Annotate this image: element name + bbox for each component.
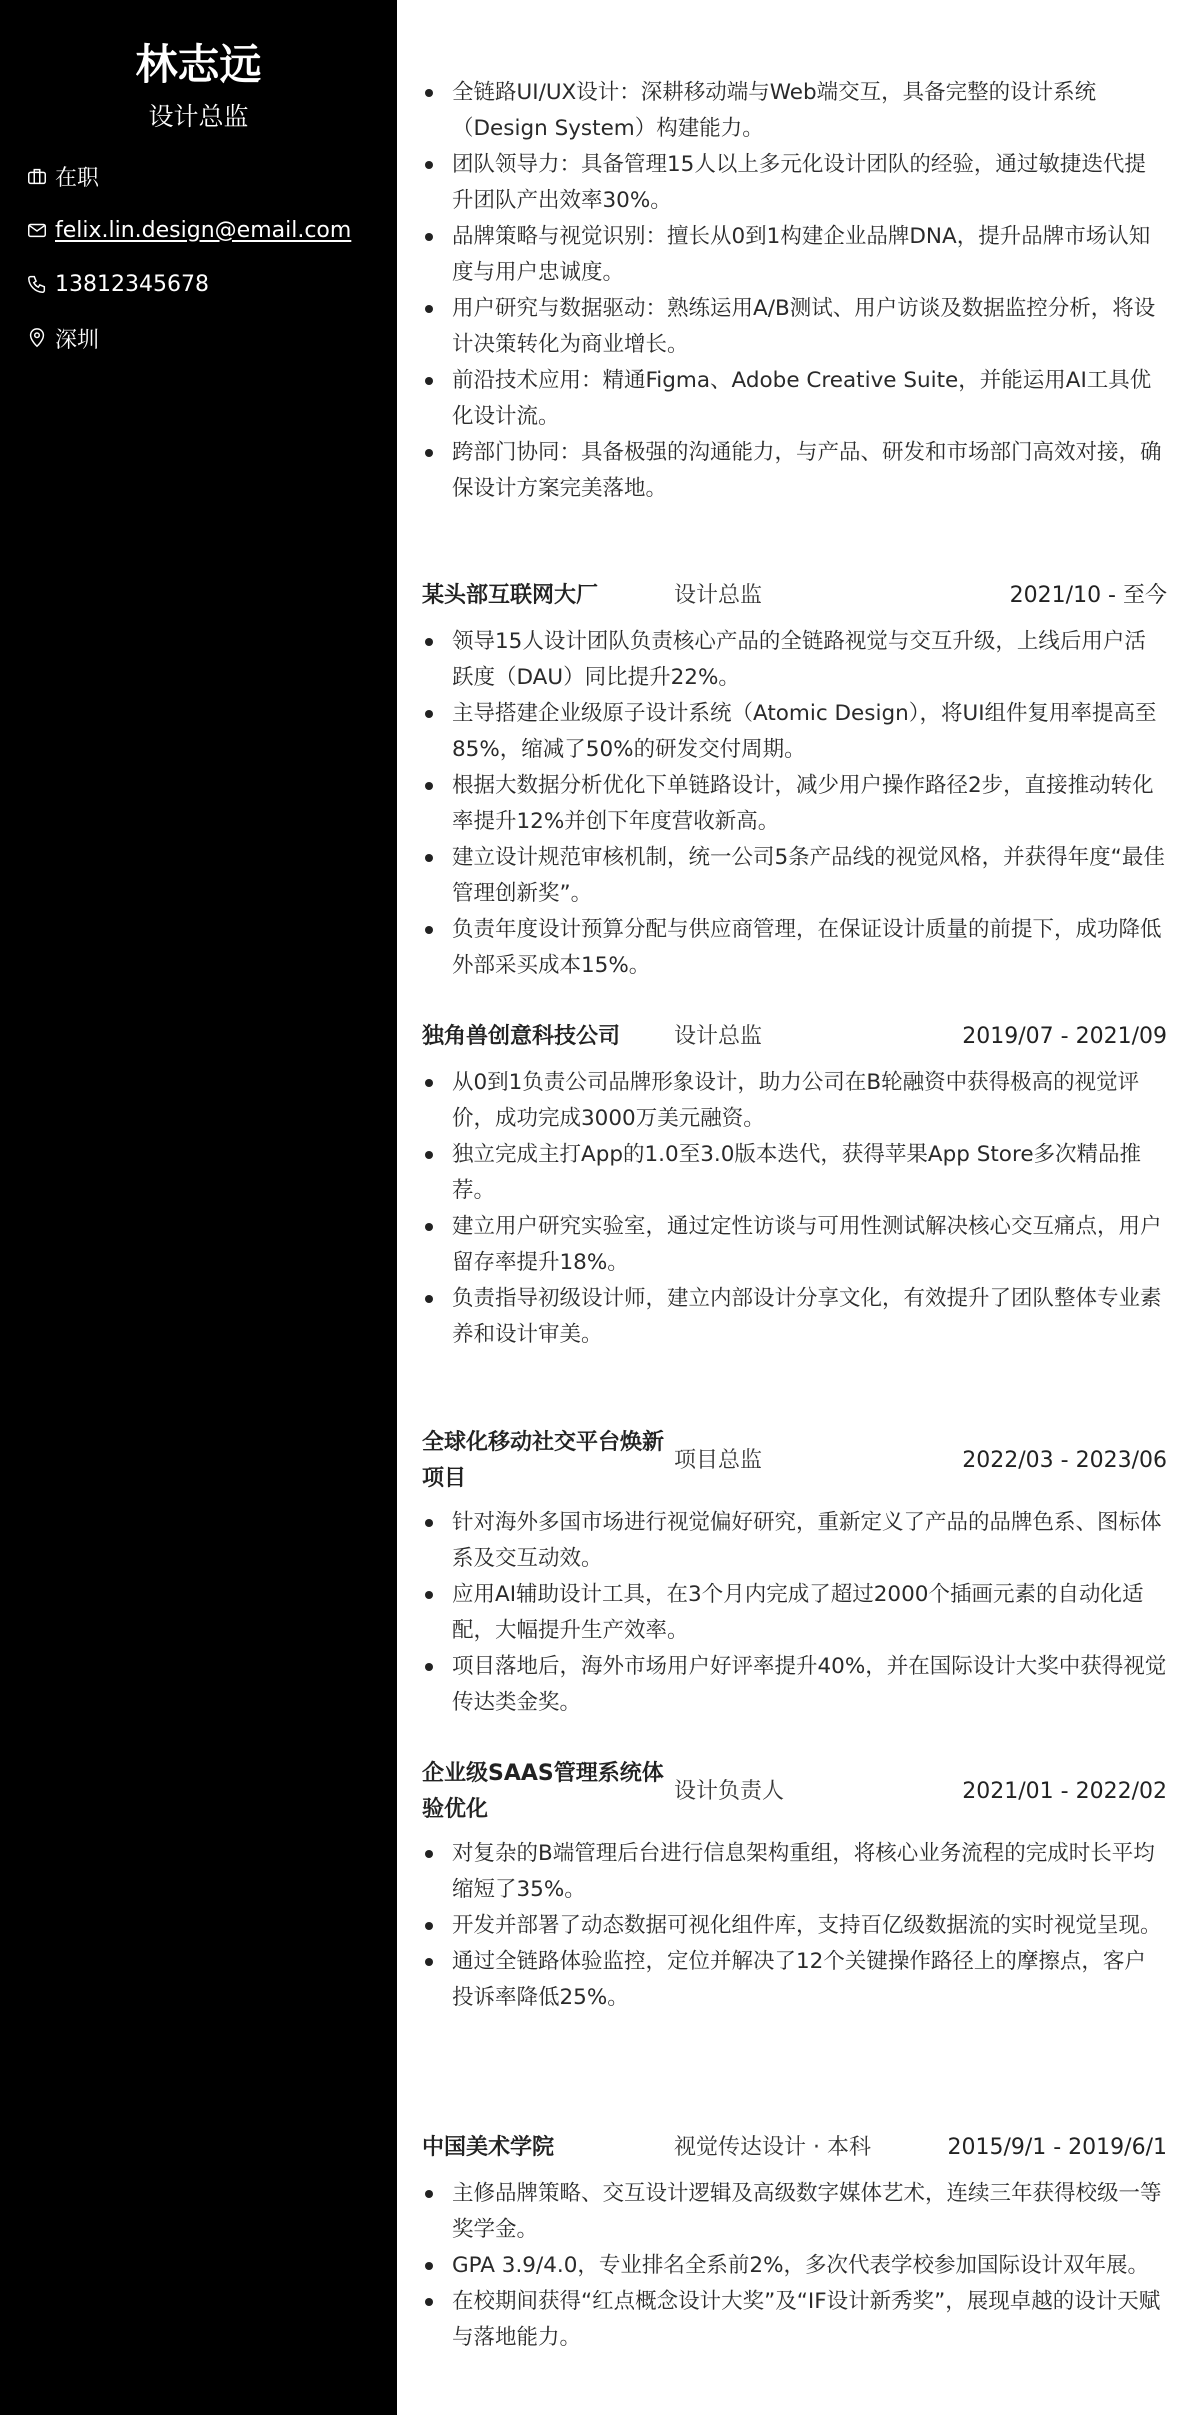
education-entry-header: 中国美术学院 视觉传达设计 · 本科 2015/9/1 - 2019/6/1 — [422, 2130, 1167, 2166]
project-entry-header: 全球化移动社交平台焕新项目 项目总监 2022/03 - 2023/06 — [422, 1425, 1167, 1497]
profile-sidebar: 林志远 设计总监 在职 felix.lin.design@email.com 1… — [0, 0, 397, 2415]
project-role: 设计负责人 — [674, 1774, 784, 1810]
job-date-range: 2019/07 - 2021/09 — [962, 1019, 1167, 1055]
contact-phone: 13812345678 — [26, 266, 351, 302]
work-entry: 某头部互联网大厂 设计总监 2021/10 - 至今 领导15人设计团队负责核心… — [422, 578, 1167, 984]
phone-icon — [26, 273, 48, 295]
project-role: 项目总监 — [674, 1443, 762, 1479]
education-major: 视觉传达设计 · 本科 — [674, 2130, 871, 2166]
project-bullet: 通过全链路体验监控，定位并解决了12个关键操作路径上的摩擦点，客户投诉率降低25… — [422, 1944, 1167, 2016]
project-entry: 全球化移动社交平台焕新项目 项目总监 2022/03 - 2023/06 针对海… — [422, 1425, 1167, 1721]
candidate-name: 林志远 — [0, 40, 397, 90]
skill-item: 团队领导力：具备管理15人以上多元化设计团队的经验，通过敏捷迭代提升团队产出效率… — [422, 147, 1167, 219]
project-date-range: 2021/01 - 2022/02 — [962, 1774, 1167, 1810]
work-bullets: 从0到1负责公司品牌形象设计，助力公司在B轮融资中获得极高的视觉评价，成功完成3… — [422, 1065, 1167, 1353]
project-bullet: 对复杂的B端管理后台进行信息架构重组，将核心业务流程的完成时长平均缩短了35%。 — [422, 1836, 1167, 1908]
work-bullet: 独立完成主打App的1.0至3.0版本迭代，获得苹果App Store多次精品推… — [422, 1137, 1167, 1209]
project-bullet: 开发并部署了动态数据可视化组件库，支持百亿级数据流的实时视觉呈现。 — [422, 1908, 1167, 1944]
project-name: 全球化移动社交平台焕新项目 — [422, 1425, 667, 1497]
work-entry: 独角兽创意科技公司 设计总监 2019/07 - 2021/09 从0到1负责公… — [422, 1019, 1167, 1353]
project-date-range: 2022/03 - 2023/06 — [962, 1443, 1167, 1479]
phone-text: 13812345678 — [55, 272, 209, 297]
work-bullet: 建立用户研究实验室，通过定性访谈与可用性测试解决核心交互痛点，用户留存率提升18… — [422, 1209, 1167, 1281]
candidate-title: 设计总监 — [0, 100, 397, 134]
project-bullet: 针对海外多国市场进行视觉偏好研究，重新定义了产品的品牌色系、图标体系及交互动效。 — [422, 1505, 1167, 1577]
education-date-range: 2015/9/1 - 2019/6/1 — [947, 2130, 1167, 2166]
company-name: 某头部互联网大厂 — [422, 578, 667, 614]
work-bullet: 领导15人设计团队负责核心产品的全链路视觉与交互升级，上线后用户活跃度（DAU）… — [422, 624, 1167, 696]
skill-item: 品牌策略与视觉识别：擅长从0到1构建企业品牌DNA，提升品牌市场认知度与用户忠诚… — [422, 219, 1167, 291]
contact-status: 在职 — [26, 158, 351, 194]
work-bullet: 负责指导初级设计师，建立内部设计分享文化，有效提升了团队整体专业素养和设计审美。 — [422, 1281, 1167, 1353]
status-text: 在职 — [55, 161, 99, 192]
location-pin-icon — [26, 327, 48, 349]
skill-item: 前沿技术应用：精通Figma、Adobe Creative Suite，并能运用… — [422, 363, 1167, 435]
work-bullet: 主导搭建企业级原子设计系统（Atomic Design），将UI组件复用率提高至… — [422, 696, 1167, 768]
work-bullet: 负责年度设计预算分配与供应商管理，在保证设计质量的前提下，成功降低外部采买成本1… — [422, 912, 1167, 984]
email-link[interactable]: felix.lin.design@email.com — [55, 218, 351, 243]
contact-list: 在职 felix.lin.design@email.com 1381234567… — [26, 158, 351, 374]
project-name: 企业级SAAS管理系统体验优化 — [422, 1756, 667, 1828]
project-bullets: 对复杂的B端管理后台进行信息架构重组，将核心业务流程的完成时长平均缩短了35%。… — [422, 1836, 1167, 2016]
education-bullet: 在校期间获得“红点概念设计大奖”及“IF设计新秀奖”，展现卓越的设计天赋与落地能… — [422, 2284, 1167, 2356]
work-bullet: 根据大数据分析优化下单链路设计，减少用户操作路径2步，直接推动转化率提升12%并… — [422, 768, 1167, 840]
education-bullet: 主修品牌策略、交互设计逻辑及高级数字媒体艺术，连续三年获得校级一等奖学金。 — [422, 2176, 1167, 2248]
skill-item: 全链路UI/UX设计：深耕移动端与Web端交互，具备完整的设计系统（Design… — [422, 75, 1167, 147]
skill-item: 跨部门协同：具备极强的沟通能力，与产品、研发和市场部门高效对接，确保设计方案完美… — [422, 435, 1167, 507]
contact-location: 深圳 — [26, 320, 351, 356]
skills-section: 全链路UI/UX设计：深耕移动端与Web端交互，具备完整的设计系统（Design… — [422, 75, 1167, 507]
work-bullet: 从0到1负责公司品牌形象设计，助力公司在B轮融资中获得极高的视觉评价，成功完成3… — [422, 1065, 1167, 1137]
work-entry-header: 某头部互联网大厂 设计总监 2021/10 - 至今 — [422, 578, 1167, 614]
work-entry-header: 独角兽创意科技公司 设计总监 2019/07 - 2021/09 — [422, 1019, 1167, 1055]
briefcase-icon — [26, 165, 48, 187]
job-date-range: 2021/10 - 至今 — [1010, 578, 1167, 614]
work-bullet: 建立设计规范审核机制，统一公司5条产品线的视觉风格，并获得年度“最佳管理创新奖”… — [422, 840, 1167, 912]
project-bullets: 针对海外多国市场进行视觉偏好研究，重新定义了产品的品牌色系、图标体系及交互动效。… — [422, 1505, 1167, 1721]
school-name: 中国美术学院 — [422, 2130, 667, 2166]
job-role: 设计总监 — [674, 578, 762, 614]
project-bullet: 项目落地后，海外市场用户好评率提升40%，并在国际设计大奖中获得视觉传达类金奖。 — [422, 1649, 1167, 1721]
education-bullets: 主修品牌策略、交互设计逻辑及高级数字媒体艺术，连续三年获得校级一等奖学金。 GP… — [422, 2176, 1167, 2356]
project-bullet: 应用AI辅助设计工具，在3个月内完成了超过2000个插画元素的自动化适配，大幅提… — [422, 1577, 1167, 1649]
education-entry: 中国美术学院 视觉传达设计 · 本科 2015/9/1 - 2019/6/1 主… — [422, 2130, 1167, 2356]
job-role: 设计总监 — [674, 1019, 762, 1055]
mail-icon — [26, 219, 48, 241]
location-text: 深圳 — [55, 323, 99, 354]
company-name: 独角兽创意科技公司 — [422, 1019, 667, 1055]
project-entry: 企业级SAAS管理系统体验优化 设计负责人 2021/01 - 2022/02 … — [422, 1756, 1167, 2016]
education-bullet: GPA 3.9/4.0，专业排名全系前2%，多次代表学校参加国际设计双年展。 — [422, 2248, 1167, 2284]
work-bullets: 领导15人设计团队负责核心产品的全链路视觉与交互升级，上线后用户活跃度（DAU）… — [422, 624, 1167, 984]
contact-email: felix.lin.design@email.com — [26, 212, 351, 248]
project-entry-header: 企业级SAAS管理系统体验优化 设计负责人 2021/01 - 2022/02 — [422, 1756, 1167, 1828]
skill-item: 用户研究与数据驱动：熟练运用A/B测试、用户访谈及数据监控分析，将设计决策转化为… — [422, 291, 1167, 363]
skills-list: 全链路UI/UX设计：深耕移动端与Web端交互，具备完整的设计系统（Design… — [422, 75, 1167, 507]
